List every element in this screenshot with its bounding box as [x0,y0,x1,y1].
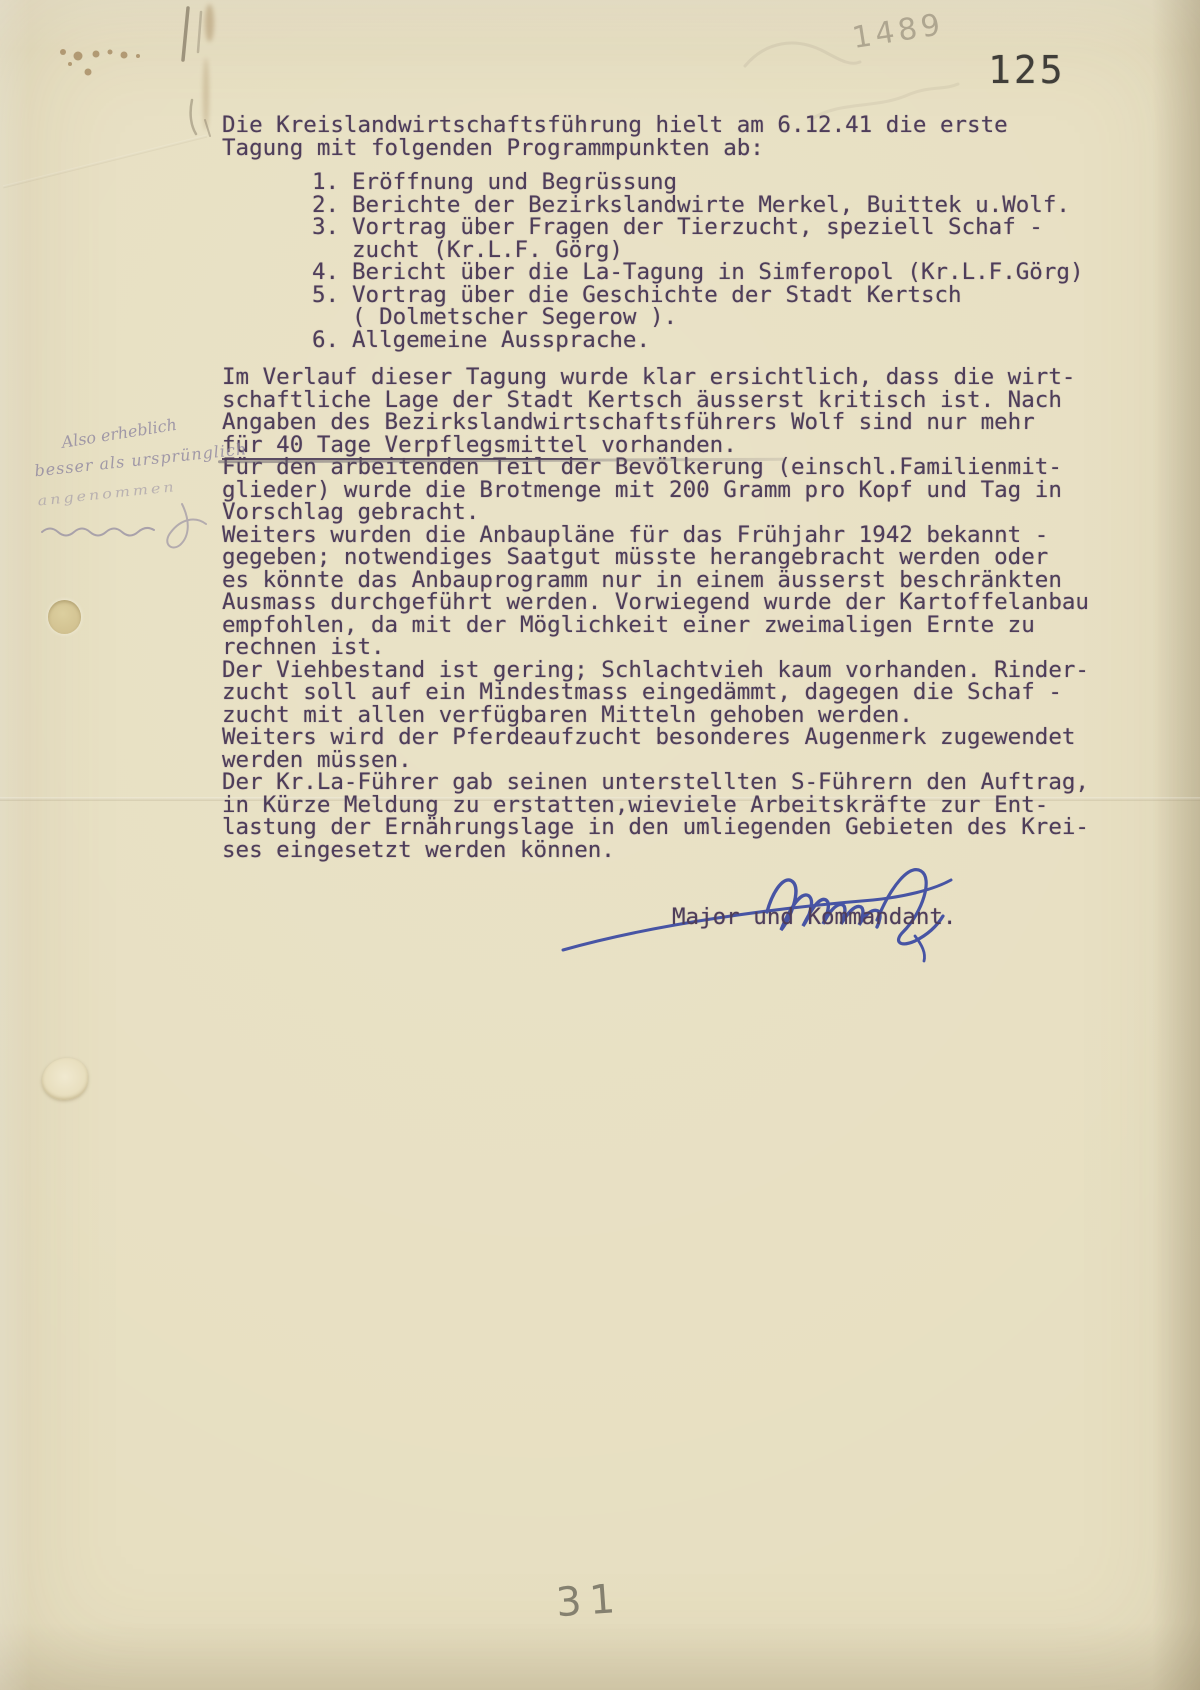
agenda-item-line: Eröffnung und Begrüssung [352,171,677,194]
agenda-item-text: Allgemeine Aussprache. [352,329,650,352]
body-line: lastung der Ernährungslage in den umlieg… [222,816,1089,839]
body-line: glieder) wurde die Brotmenge mit 200 Gra… [222,479,1089,502]
agenda-item: 1.Eröffnung und Begrüssung [312,171,1084,194]
body-line: Weiters wird der Pferdeaufzucht besonder… [222,726,1089,749]
body-line: Im Verlauf dieser Tagung wurde klar ersi… [222,366,1089,389]
body-line: rechnen ist. [222,636,1089,659]
body-line: für 40 Tage Verpflegsmittel vorhanden. [222,434,1089,457]
agenda-item: 4.Bericht über die La-Tagung in Simferop… [312,261,1084,284]
agenda-item-line: zucht (Kr.L.F. Görg) [352,239,1043,262]
body-line: werden müssen. [222,749,1089,772]
intro-line: Tagung mit folgenden Programmpunkten ab: [222,137,1008,160]
staple-rust-marks [50,40,170,90]
agenda-item-text: Bericht über die La-Tagung in Simferopol… [352,261,1084,284]
body-paragraph: Im Verlauf dieser Tagung wurde klar ersi… [222,366,1089,861]
body-line: es könnte das Anbauprogramm nur in einem… [222,569,1089,592]
agenda-item-line: Vortrag über Fragen der Tierzucht, spezi… [352,216,1043,239]
agenda-item-text: Eröffnung und Begrüssung [352,171,677,194]
agenda-item: 2.Berichte der Bezirkslandwirte Merkel, … [312,194,1084,217]
agenda-item-line: ( Dolmetscher Segerow ). [352,306,962,329]
body-line: Angaben des Bezirkslandwirtschaftsführer… [222,411,1089,434]
body-line: gegeben; notwendiges Saatgut müsste hera… [222,546,1089,569]
agenda-item-line: Berichte der Bezirkslandwirte Merkel, Bu… [352,194,1070,217]
agenda-item-number: 3. [312,216,352,261]
body-line: Vorschlag gebracht. [222,501,1089,524]
agenda-item-number: 2. [312,194,352,217]
punch-hole [48,600,81,634]
body-line: Der Viehbestand ist gering; Schlachtvieh… [222,659,1089,682]
agenda-item-number: 6. [312,329,352,352]
agenda-item-text: Vortrag über die Geschichte der Stadt Ke… [352,284,962,329]
body-line: empfohlen, da mit der Möglichkeit einer … [222,614,1089,637]
body-line: zucht soll auf ein Mindestmass eingedämm… [222,681,1089,704]
intro-line: Die Kreislandwirtschaftsführung hielt am… [222,114,1008,137]
margin-annotation-marks [30,408,240,568]
body-line: Weiters wurden die Anbaupläne für das Fr… [222,524,1089,547]
agenda-item-line: Allgemeine Aussprache. [352,329,650,352]
agenda-item: 6.Allgemeine Aussprache. [312,329,1084,352]
agenda-item-number: 5. [312,284,352,329]
agenda-item-text: Berichte der Bezirkslandwirte Merkel, Bu… [352,194,1070,217]
signature-scribble [545,838,975,968]
body-line: in Kürze Meldung zu erstatten,wieviele A… [222,794,1089,817]
body-line: schaftliche Lage der Stadt Kertsch äusse… [222,389,1089,412]
intro-paragraph: Die Kreislandwirtschaftsführung hielt am… [222,114,1008,159]
signature-title: Major und Kommandant. [672,906,956,929]
agenda-item: 5.Vortrag über die Geschichte der Stadt … [312,284,1084,329]
wax-spot [42,1058,88,1100]
body-line: zucht mit allen verfügbaren Mitteln geho… [222,704,1089,727]
body-line: Der Kr.La-Führer gab seinen unterstellte… [222,771,1089,794]
agenda-item-number: 1. [312,171,352,194]
pencil-number-bottom: 31 [554,1576,624,1627]
agenda-item-line: Vortrag über die Geschichte der Stadt Ke… [352,284,962,307]
agenda-item: 3.Vortrag über Fragen der Tierzucht, spe… [312,216,1084,261]
archive-page-number: 125 [988,48,1066,92]
agenda-item-number: 4. [312,261,352,284]
body-line: Ausmass durchgeführt werden. Vorwiegend … [222,591,1089,614]
agenda-list: 1.Eröffnung und Begrüssung2.Berichte der… [222,171,1084,351]
agenda-item-text: Vortrag über Fragen der Tierzucht, spezi… [352,216,1043,261]
agenda-item-line: Bericht über die La-Tagung in Simferopol… [352,261,1084,284]
